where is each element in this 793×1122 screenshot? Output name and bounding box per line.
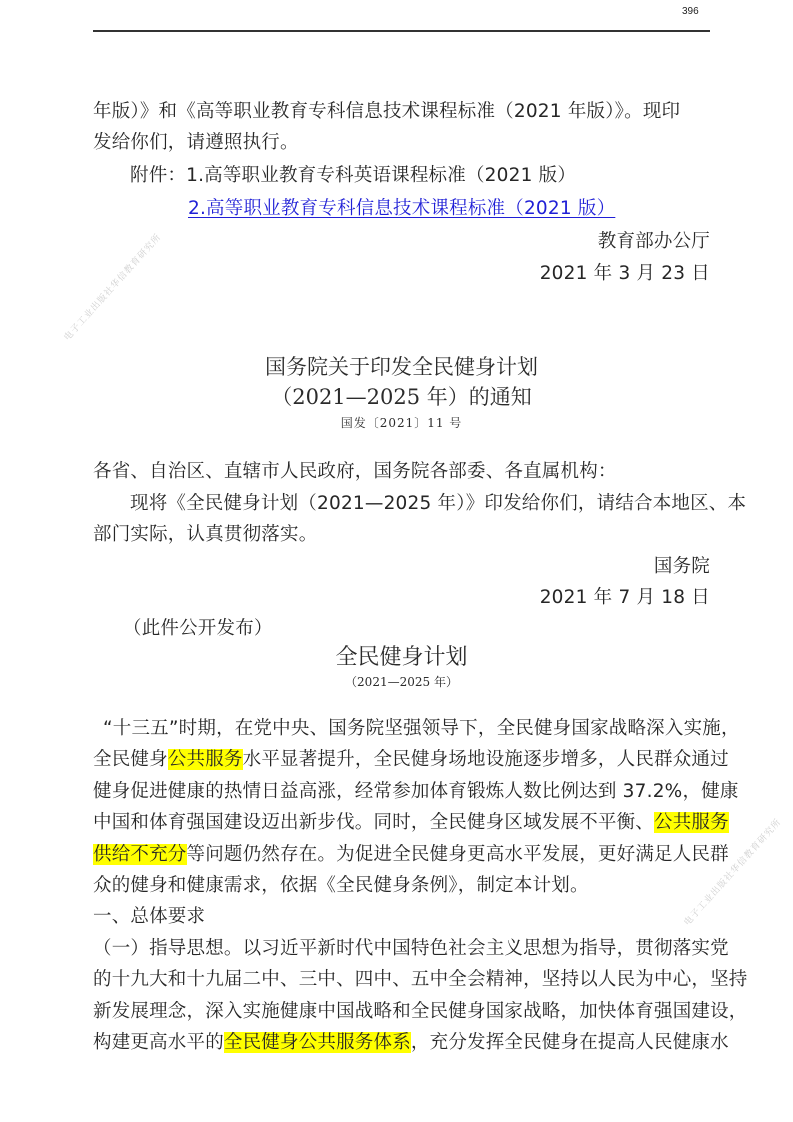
issue-date: 2021 年 3 月 23 日 bbox=[93, 260, 710, 288]
text: 中国和体育强国建设迈出新步伐。同时，全民健身区域发展不平衡、 bbox=[93, 812, 654, 833]
page-number: 396 bbox=[682, 6, 699, 17]
attachment-link[interactable]: 2.高等职业教育专科信息技术课程标准（2021 版） bbox=[188, 198, 615, 219]
prior-notice-line: 年版）》和《高等职业教育专科信息技术课程标准（2021 年版）》。现印 bbox=[93, 98, 711, 126]
highlight: 公共服务 bbox=[168, 749, 243, 770]
text: ，充分发挥全民健身在提高人民健康水 bbox=[411, 1032, 729, 1053]
notice-date: 2021 年 7 月 18 日 bbox=[93, 584, 710, 612]
highlight: 全民健身公共服务体系 bbox=[224, 1032, 411, 1053]
plan-para-line: 新发展理念，深入实施健康中国战略和全民健身国家战略，加快体育强国建设， bbox=[93, 998, 711, 1026]
notice-body-line: 现将《全民健身计划（2021—2025 年）》印发给你们，请结合本地区、本 bbox=[93, 490, 748, 518]
issuer: 教育部办公厅 bbox=[93, 228, 710, 256]
prior-notice-line: 发给你们，请遵照执行。 bbox=[93, 129, 711, 157]
text: 等问题仍然存在。为促进全民健身更高水平发展，更好满足人民群 bbox=[187, 844, 729, 865]
plan-para-line: 健身促进健康的热情日益高涨，经常参加体育锻炼人数比例达到 37.2%，健康 bbox=[93, 778, 711, 806]
notice-title: 国务院关于印发全民健身计划 bbox=[93, 352, 710, 382]
plan-para-line: 众的健身和健康需求，依据《全民健身条例》，制定本计划。 bbox=[93, 872, 711, 900]
plan-para-line: 中国和体育强国建设迈出新步伐。同时，全民健身区域发展不平衡、公共服务 bbox=[93, 809, 711, 837]
notice-body-line: 部门实际，认真贯彻落实。 bbox=[93, 521, 711, 549]
plan-years: （2021—2025 年） bbox=[93, 673, 710, 691]
plan-para-line: 全民健身公共服务水平显著提升，全民健身场地设施逐步增多，人民群众通过 bbox=[93, 746, 711, 774]
highlight: 公共服务 bbox=[654, 812, 729, 833]
section-heading: 一、总体要求 bbox=[93, 903, 711, 931]
plan-para-line: 的十九大和十九届二中、三中、四中、五中全会精神，坚持以人民为中心，坚持 bbox=[93, 966, 711, 994]
attachment-link-row: 2.高等职业教育专科信息技术课程标准（2021 版） bbox=[93, 195, 793, 223]
notice-title: （2021—2025 年）的通知 bbox=[93, 382, 710, 412]
plan-para-line: （一）指导思想。以习近平新时代中国特色社会主义思想为指导，贯彻落实党 bbox=[93, 935, 711, 963]
plan-para-line: 供给不充分等问题仍然存在。为促进全民健身更高水平发展，更好满足人民群 bbox=[93, 841, 711, 869]
doc-number: 国发〔2021〕11 号 bbox=[93, 414, 710, 432]
text: 水平显著提升，全民健身场地设施逐步增多，人民群众通过 bbox=[243, 749, 729, 770]
highlight: 供给不充分 bbox=[93, 844, 187, 865]
publication-note: （此件公开发布） bbox=[93, 615, 741, 643]
plan-para-line: 构建更高水平的全民健身公共服务体系，充分发挥全民健身在提高人民健康水 bbox=[93, 1029, 711, 1057]
notice-issuer: 国务院 bbox=[93, 553, 710, 581]
text: 全民健身 bbox=[93, 749, 168, 770]
attachment-label: 附件：1.高等职业教育专科英语课程标准（2021 版） bbox=[93, 162, 748, 190]
plan-para-line: “十三五”时期，在党中央、国务院坚强领导下，全民健身国家战略深入实施， bbox=[93, 715, 721, 743]
addressees: 各省、自治区、直辖市人民政府，国务院各部委、各直属机构： bbox=[93, 458, 711, 486]
text: 构建更高水平的 bbox=[93, 1032, 224, 1053]
header-rule bbox=[93, 30, 710, 32]
plan-title: 全民健身计划 bbox=[93, 643, 710, 673]
